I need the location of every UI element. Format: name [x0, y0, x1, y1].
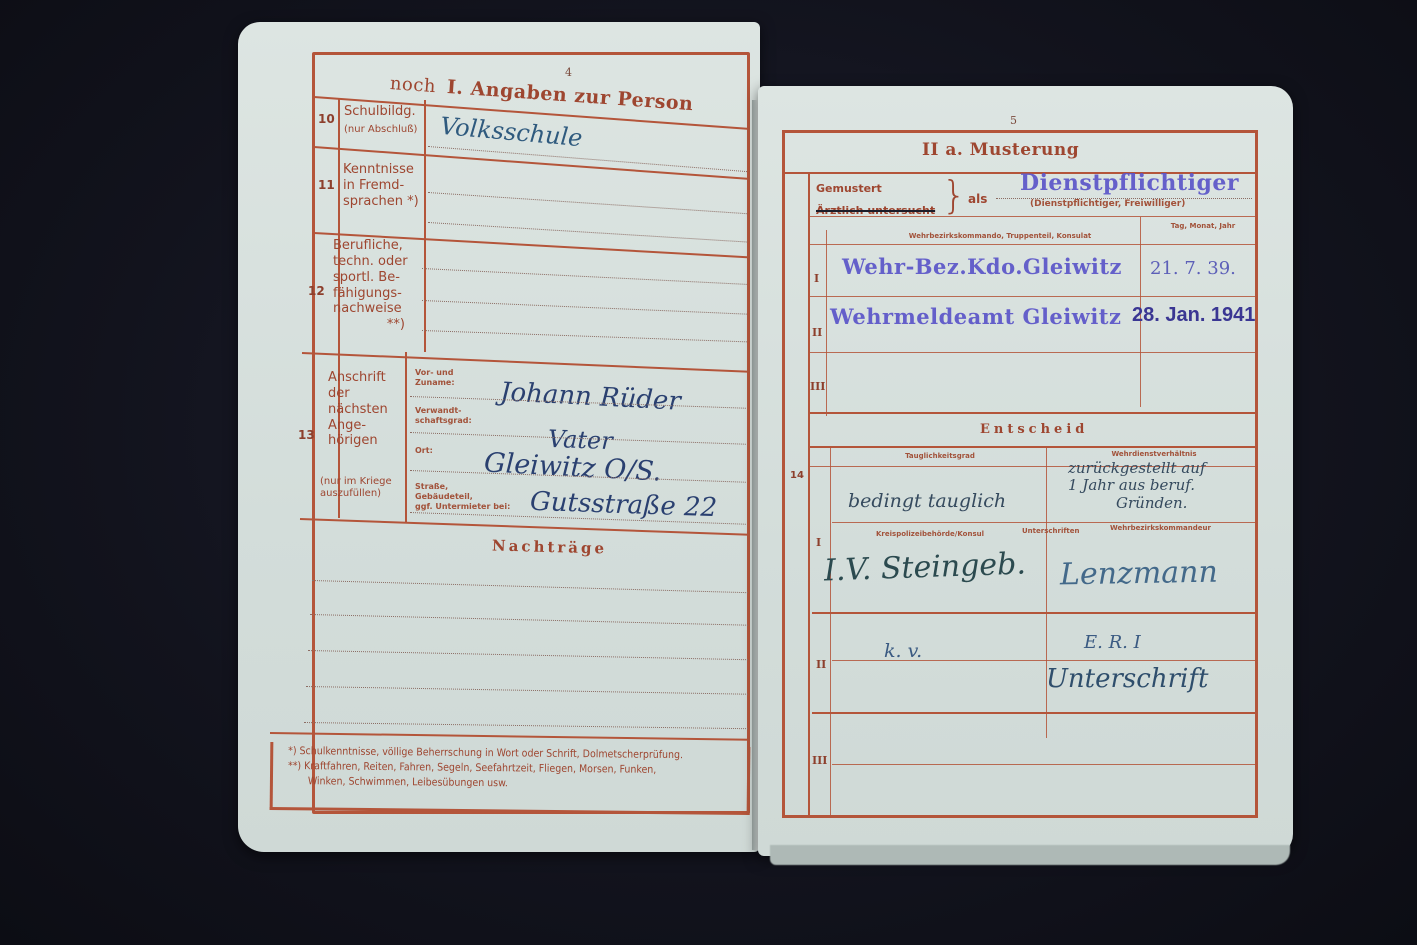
label-line: **) — [333, 317, 423, 333]
field-label-city: Ort: — [415, 446, 433, 456]
row-number: 11 — [318, 178, 335, 192]
row-label-note: (nur im Kriege auszufüllen) — [320, 476, 406, 500]
label-line: sprachen *) — [343, 194, 423, 210]
label-line: nachweise — [333, 301, 423, 317]
label-line: Gebäudeteil, — [415, 492, 510, 502]
roman-numeral: I — [814, 272, 819, 285]
label-line: techn. oder — [333, 254, 423, 270]
field-label-relation: Verwandt- schaftsgrad: — [415, 406, 472, 426]
roman-numeral: III — [812, 754, 827, 767]
row-number: 14 — [790, 470, 804, 481]
right-page-number: 5 — [1010, 114, 1017, 127]
options-hint: (Dienstpflichtiger, Freiwilliger) — [1030, 199, 1185, 210]
label-line: Vor- und — [415, 368, 455, 378]
label-line: (nur im Kriege — [320, 476, 406, 488]
label-line: Berufliche, — [333, 238, 423, 254]
field-label-name: Vor- und Zuname: — [415, 368, 455, 388]
sub-header: Wehrbezirkskommandeur — [1110, 524, 1211, 533]
nachtraege-title: Nachträge — [492, 536, 607, 557]
office-stamp: Wehr-Bez.Kdo.Gleiwitz — [842, 254, 1122, 279]
sub-header: Kreispolizeibehörde/Konsul — [876, 530, 984, 539]
sub-header: Unterschriften — [1022, 527, 1080, 536]
divider — [810, 244, 1256, 245]
col-header: Wehrdienstverhältnis — [1054, 450, 1254, 459]
divider — [810, 216, 1256, 217]
label-line: sportl. Be- — [333, 270, 423, 286]
signature-right: Lenzmann — [1060, 555, 1218, 593]
divider — [832, 660, 1258, 661]
gemustert-stamp: Dienstpflichtiger — [1020, 170, 1239, 196]
divider — [812, 712, 1258, 714]
footnote-text: *) Schulkenntnisse, völlige Beherrschung… — [288, 744, 748, 794]
label-line: nächsten — [328, 402, 408, 418]
label-line: Ange- — [328, 418, 408, 434]
divider — [812, 612, 1258, 614]
divider — [830, 448, 831, 816]
col-header: Wehrbezirkskommando, Truppenteil, Konsul… — [880, 232, 1120, 241]
entscheid-title: Entscheid — [980, 422, 1088, 437]
roman-numeral: II — [812, 326, 822, 339]
row-number: 10 — [318, 112, 335, 126]
als-label: als — [968, 192, 987, 207]
divider — [832, 522, 1258, 523]
row-number: 13 — [298, 428, 315, 442]
date-stamp: 28. Jan. 1941 — [1132, 304, 1255, 327]
entry-line: zurückgestellt auf — [1068, 460, 1206, 477]
row-label: Schulbildg. — [344, 104, 416, 120]
label-line: der — [328, 386, 408, 402]
entry-line: Gründen. — [1068, 495, 1206, 512]
field-label-street: Straße, Gebäudeteil, ggf. Untermieter be… — [415, 482, 510, 511]
divider — [826, 230, 827, 416]
label-line: Kenntnisse — [343, 162, 423, 178]
label-line: schaftsgrad: — [415, 416, 472, 426]
divider — [424, 100, 426, 352]
tauglichkeit-entry: k. v. — [884, 640, 922, 662]
divider — [810, 352, 1256, 353]
divider — [808, 174, 810, 816]
verhaeltnis-entry: E. R. I — [1084, 632, 1141, 653]
entry-line: 1 Jahr aus beruf. — [1068, 477, 1206, 494]
divider — [810, 446, 1258, 448]
col-header: Tauglichkeitsgrad — [840, 452, 1040, 461]
label-line: Anschrift — [328, 370, 408, 386]
row-label: Berufliche, techn. oder sportl. Be- fähi… — [333, 238, 423, 333]
gemustert-label: Gemustert — [816, 182, 882, 195]
label-line: in Fremd- — [343, 178, 423, 194]
label-line: Zuname: — [415, 378, 455, 388]
label-line: ggf. Untermieter bei: — [415, 502, 510, 512]
roman-numeral: III — [810, 380, 825, 393]
roman-numeral: I — [816, 536, 821, 549]
signature-right: Unterschrift — [1046, 664, 1208, 694]
label-line: Verwandt- — [415, 406, 472, 416]
row-number: 12 — [308, 284, 325, 298]
row-label: Kenntnisse in Fremd- sprachen *) — [343, 162, 423, 210]
signature-left: I.V. Steingeb. — [823, 546, 1026, 588]
header-prefix: noch — [389, 73, 436, 97]
tauglichkeit-entry: bedingt tauglich — [848, 490, 1006, 512]
roman-numeral: II — [816, 658, 826, 671]
col-header: Tag, Monat, Jahr — [1148, 222, 1258, 231]
divider — [1046, 448, 1047, 738]
label-line: auszufüllen) — [320, 488, 406, 500]
verhaeltnis-entry: zurückgestellt auf 1 Jahr aus beruf. Grü… — [1068, 460, 1206, 512]
row-label: Anschrift der nächsten Ange- hörigen — [328, 370, 408, 449]
page-edge — [770, 845, 1290, 865]
right-header-title: II a. Musterung — [922, 140, 1079, 160]
divider — [832, 764, 1258, 765]
label-line: hörigen — [328, 433, 408, 449]
row-label-note: (nur Abschluß) — [344, 124, 417, 136]
date-stamp: 21. 7. 39. — [1150, 258, 1236, 279]
brace-icon: } — [942, 176, 966, 214]
label-line: Straße, — [415, 482, 510, 492]
label-line: fähigungs- — [333, 286, 423, 302]
office-stamp: Wehrmeldeamt Gleiwitz — [830, 304, 1121, 329]
divider — [810, 296, 1256, 297]
divider — [810, 412, 1256, 414]
